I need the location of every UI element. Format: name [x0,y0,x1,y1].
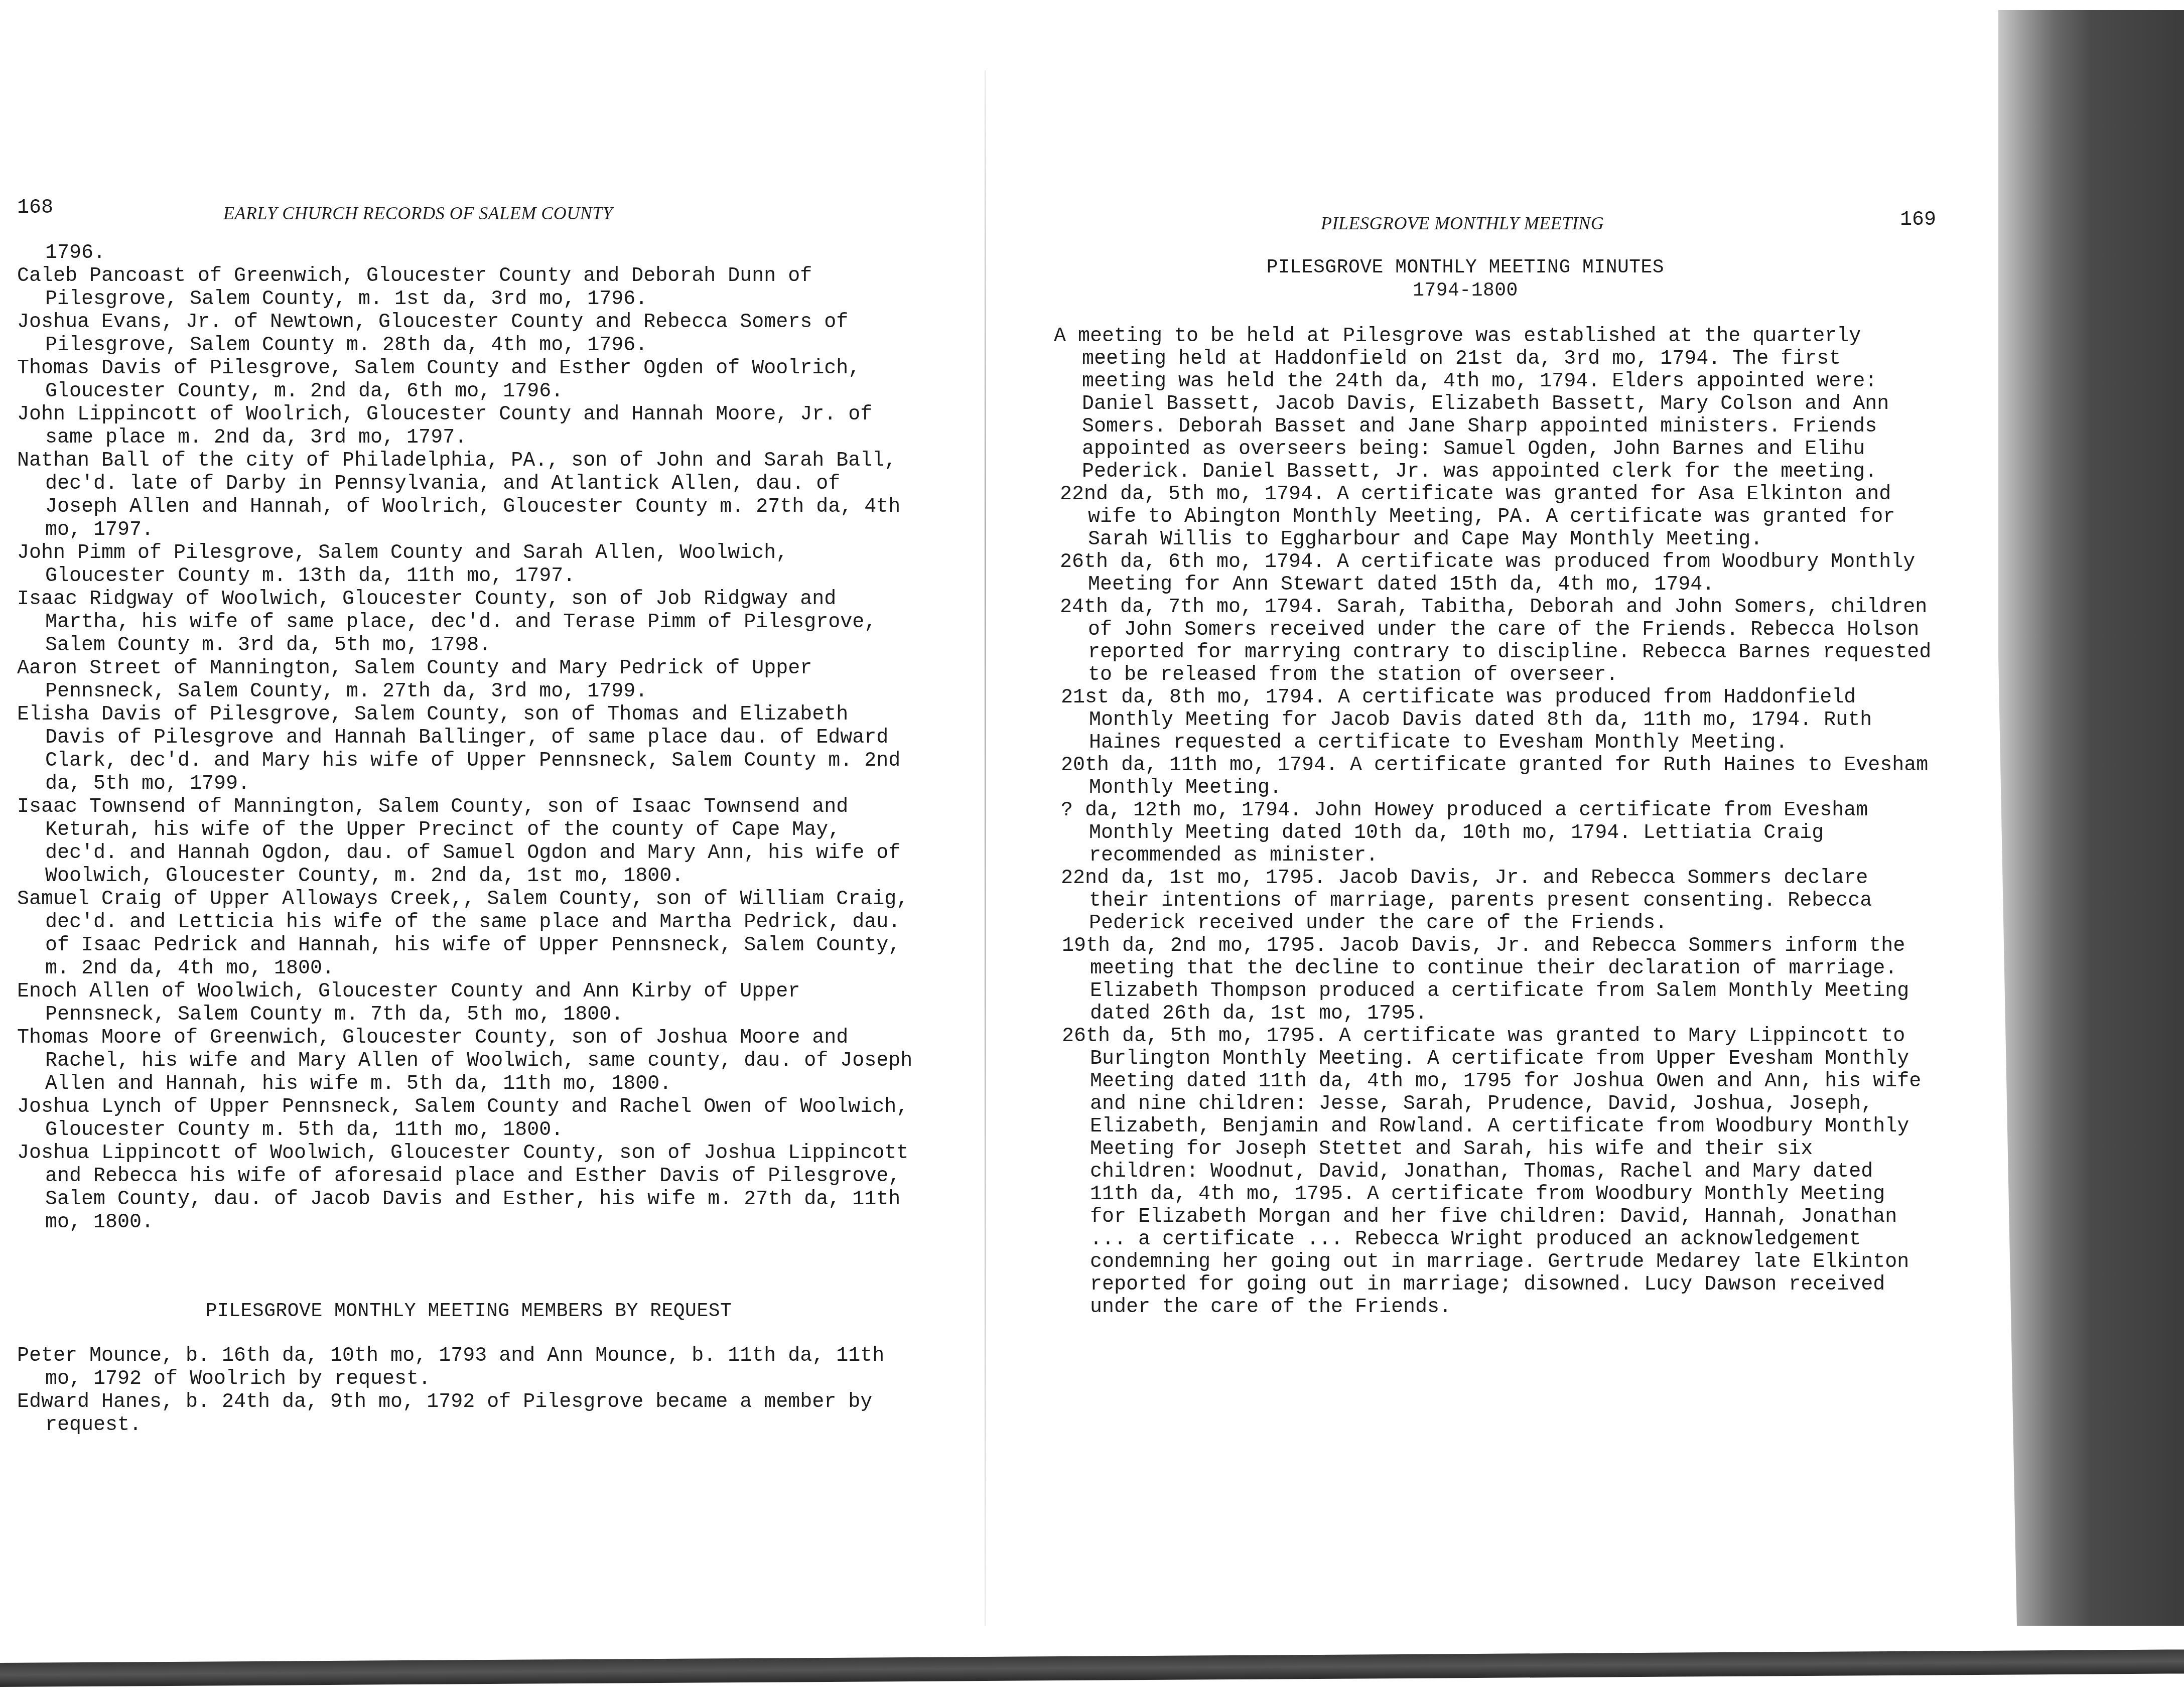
running-head-right: PILESGROVE MONTHLY MEETING [1321,213,1604,234]
marriage-entry: John Lippincott of Woolrich, Gloucester … [17,403,920,450]
minute-entry: 26th da, 6th mo, 1794. A certificate was… [1060,551,1932,596]
minute-entry: 22nd da, 5th mo, 1794. A certificate was… [1060,483,1932,551]
members-list: Peter Mounce, b. 16th da, 10th mo, 1793 … [17,1345,920,1437]
members-section-title: PILESGROVE MONTHLY MEETING MEMBERS BY RE… [17,1301,920,1322]
minute-entry: 21st da, 8th mo, 1794. A certificate was… [1061,686,1932,754]
right-page: PILESGROVE MONTHLY MEETING 169 PILESGROV… [984,0,2007,1671]
marriage-entry: Joshua Lippincott of Woolwich, Glouceste… [17,1142,920,1234]
member-entry: Peter Mounce, b. 16th da, 10th mo, 1793 … [17,1345,920,1391]
marriage-entry: Isaac Ridgway of Woolwich, Gloucester Co… [17,588,920,657]
marriage-entry: Aaron Street of Mannington, Salem County… [17,657,920,703]
marriage-entry: Joshua Evans, Jr. of Newtown, Gloucester… [17,311,920,357]
marriage-entry: John Pimm of Pilesgrove, Salem County an… [17,542,920,588]
marriage-entry: Caleb Pancoast of Greenwich, Gloucester … [17,265,920,311]
marriage-entry: Thomas Davis of Pilesgrove, Salem County… [17,357,920,403]
minute-entry: 24th da, 7th mo, 1794. Sarah, Tabitha, D… [1060,596,1932,686]
member-entry: Edward Hanes, b. 24th da, 9th mo, 1792 o… [17,1391,920,1437]
left-page: 168 EARLY CHURCH RECORDS OF SALEM COUNTY… [0,0,984,1671]
minutes-list: A meeting to be held at Pilesgrove was e… [1054,325,1932,1319]
minutes-section-title: PILESGROVE MONTHLY MEETING MINUTES [1014,257,1917,278]
minute-entry: A meeting to be held at Pilesgrove was e… [1054,325,1932,483]
minute-entry: 20th da, 11th mo, 1794. A certificate gr… [1061,754,1932,799]
running-head-left: EARLY CHURCH RECORDS OF SALEM COUNTY [223,203,613,224]
marriage-entry: Isaac Townsend of Mannington, Salem Coun… [17,796,920,888]
book-binding-shadow [1998,10,2184,1626]
marriage-entry: Nathan Ball of the city of Philadelphia,… [17,450,920,542]
minute-entry: ? da, 12th mo, 1794. John Howey produced… [1061,799,1932,867]
marriage-entry: Elisha Davis of Pilesgrove, Salem County… [17,703,920,796]
marriage-entry: Thomas Moore of Greenwich, Gloucester Co… [17,1027,920,1096]
minute-entry: 26th da, 5th mo, 1795. A certificate was… [1062,1025,1932,1319]
minutes-section-years: 1794-1800 [1014,280,1917,302]
page-number-right: 169 [1900,209,1936,231]
page-number-left: 168 [17,197,53,219]
marriage-entry: Enoch Allen of Woolwich, Gloucester Coun… [17,980,920,1027]
minute-entry: 22nd da, 1st mo, 1795. Jacob Davis, Jr. … [1061,867,1932,935]
marriage-entry: Joshua Lynch of Upper Pennsneck, Salem C… [17,1096,920,1142]
minute-entry: 19th da, 2nd mo, 1795. Jacob Davis, Jr. … [1062,935,1932,1025]
marriage-list: 1796. Caleb Pancoast of Greenwich, Glouc… [17,242,920,1234]
continuation-line: 1796. [17,242,920,265]
marriage-entry: Samuel Craig of Upper Alloways Creek,, S… [17,888,920,980]
